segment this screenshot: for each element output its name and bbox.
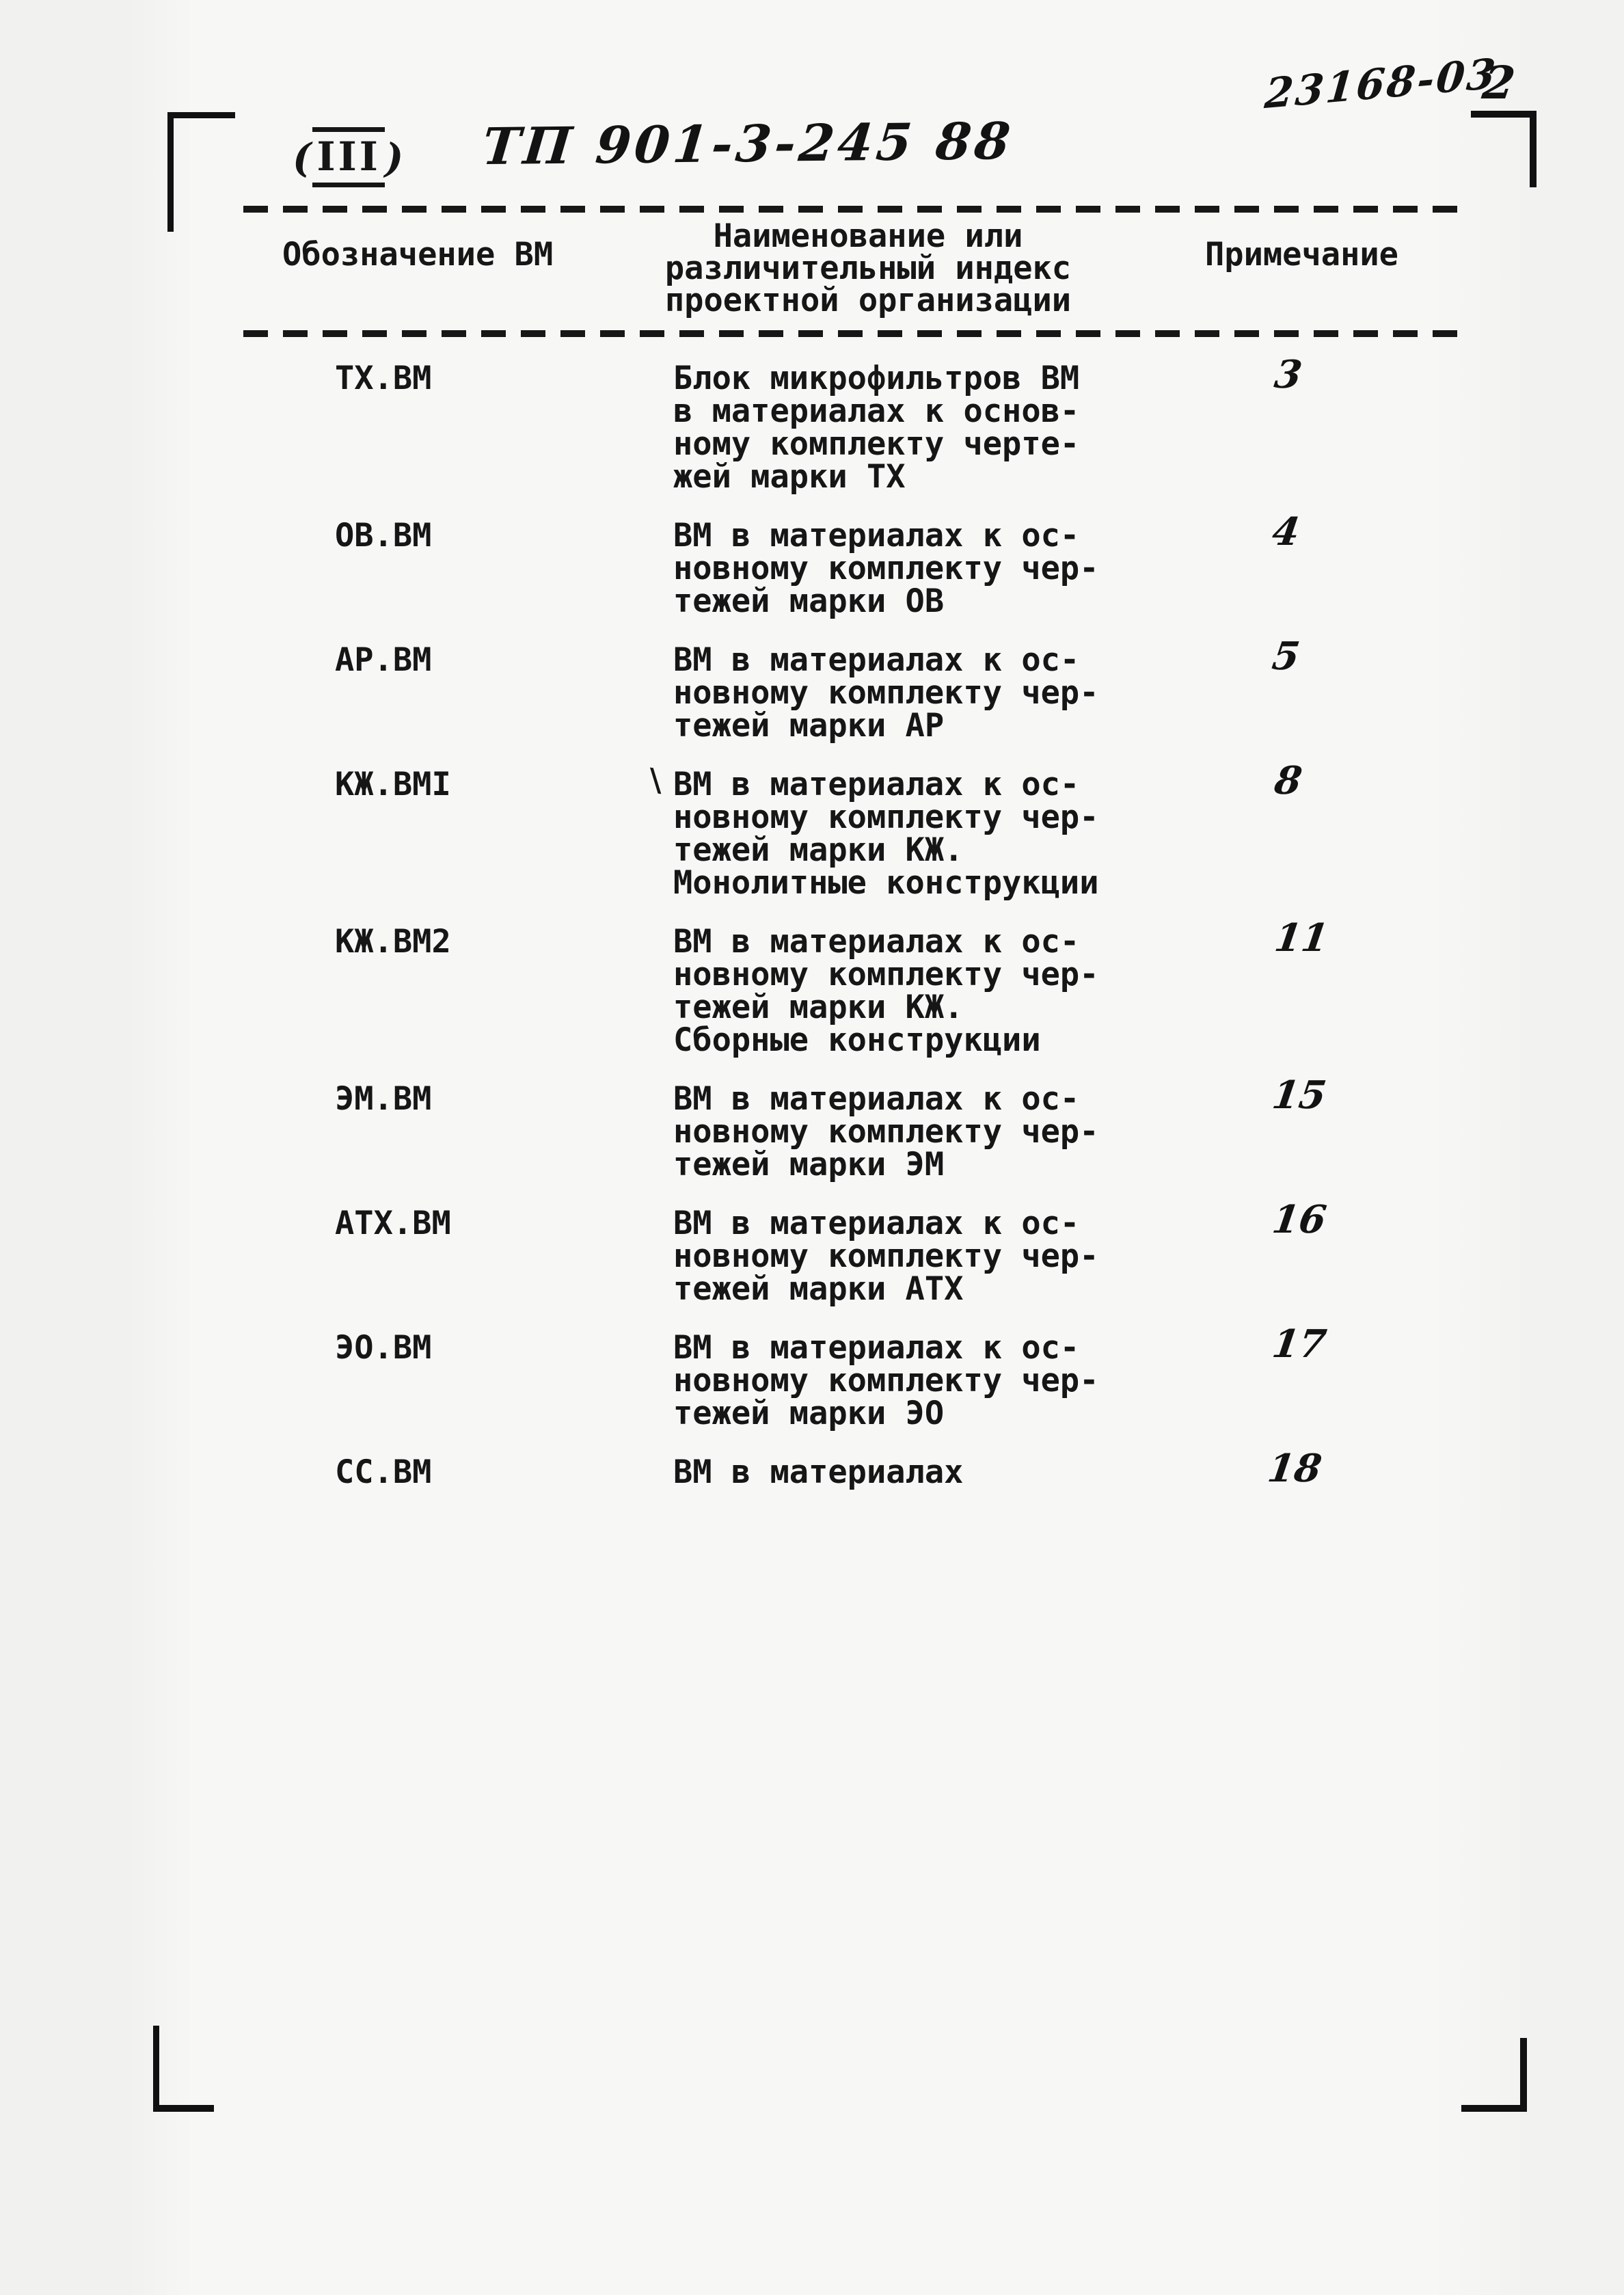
column-header-note: Примечание (1205, 239, 1398, 271)
document-number: ТП 901-3-245 88 (480, 112, 1016, 176)
description-line: тежей марки АТХ (673, 1273, 1268, 1306)
description-cell: ВМ в материалах к ос-новному комплекту ч… (673, 520, 1268, 618)
description-line: ВМ в материалах к ос- (673, 520, 1268, 552)
designation-cell: ОВ.ВМ (243, 520, 673, 618)
column-header-name: Наименование или различительный индекс п… (664, 220, 1072, 317)
column-header-designation: Обозначение ВМ (282, 239, 553, 271)
crop-mark-top-right (1471, 111, 1537, 187)
column-header-name-line: Наименование или (664, 220, 1072, 252)
table-row: АТХ.ВМ ВМ в материалах к ос-новному комп… (243, 1207, 1467, 1306)
sheet-marker-numeral: III (312, 127, 384, 187)
description-line: новному комплекту чер- (673, 1365, 1268, 1397)
description-cell: ВМ в материалах (673, 1456, 1268, 1489)
table-row: СС.ВМ ВМ в материалах 18 (243, 1456, 1467, 1489)
table-row: ОВ.ВМ ВМ в материалах к ос-новному компл… (243, 520, 1467, 618)
description-line: ВМ в материалах к ос- (673, 1207, 1268, 1240)
description-cell: ВМ в материалах к ос-новному комплекту ч… (673, 644, 1268, 742)
table-row: АР.ВМ ВМ в материалах к ос-новному компл… (243, 644, 1467, 742)
archive-number: 23168-03 (1263, 50, 1500, 119)
note-cell: 16 (1260, 1200, 1474, 1306)
description-line: жей марки ТХ (673, 461, 1268, 494)
description-line: ВМ в материалах к ос- (673, 926, 1268, 958)
table-row: ТХ.ВМ Блок микрофильтров ВМв материалах … (243, 362, 1467, 494)
description-line: ВМ в материалах (673, 1456, 1268, 1489)
description-line: новному комплекту чер- (673, 1240, 1268, 1273)
description-line: ВМ в материалах к ос- (673, 1332, 1268, 1365)
note-cell: 5 (1260, 637, 1474, 742)
designation-cell: АТХ.ВМ (243, 1207, 673, 1306)
sheet-marker: (III) (293, 129, 405, 189)
description-line: новному комплекту чер- (673, 677, 1268, 710)
crop-mark-top-left (167, 112, 235, 232)
page-number: 2 (1480, 56, 1519, 109)
description-cell: ВМ в материалах к ос-новному комплекту ч… (673, 1207, 1268, 1306)
note-cell: 3 (1258, 355, 1476, 494)
description-cell: Блок микрофильтров ВМв материалах к осно… (673, 362, 1268, 494)
sheet-marker-close: ) (385, 135, 405, 181)
note-cell: 18 (1265, 1449, 1470, 1489)
scanned-document-page: (III) ТП 901-3-245 88 23168-03 2 Обознач… (0, 0, 1624, 2295)
designation-cell: ТХ.ВМ (243, 362, 673, 494)
description-line: новному комплекту чер- (673, 958, 1268, 991)
description-line: тежей марки ОВ (673, 585, 1268, 618)
description-line: Монолитные конструкции (673, 867, 1268, 900)
note-cell: 15 (1260, 1076, 1474, 1181)
designation-cell: АР.ВМ (243, 644, 673, 742)
description-line: новному комплекту чер- (673, 1116, 1268, 1149)
description-line: ВМ в материалах к ос- (673, 1083, 1268, 1116)
description-line: новному комплекту чер- (673, 801, 1268, 834)
description-line: новному комплекту чер- (673, 552, 1268, 585)
description-line: ВМ в материалах к ос- (673, 768, 1268, 801)
description-cell: ВМ в материалах к ос-новному комплекту ч… (673, 768, 1268, 900)
note-cell: 17 (1260, 1325, 1474, 1430)
table-row: ЭМ.ВМ ВМ в материалах к ос-новному компл… (243, 1083, 1467, 1181)
column-header-name-line: различительный индекс (664, 252, 1072, 284)
table-row: КЖ.ВМ2 ВМ в материалах к ос-новному комп… (243, 926, 1467, 1057)
table-row: КЖ.ВМI ВМ в материалах к ос-новному комп… (243, 768, 1467, 900)
designation-cell: ЭО.ВМ (243, 1332, 673, 1430)
description-line: Сборные конструкции (673, 1024, 1268, 1057)
description-line: тежей марки ЭМ (673, 1149, 1268, 1181)
description-line: Блок микрофильтров ВМ (673, 362, 1268, 395)
designation-cell: СС.ВМ (243, 1456, 673, 1489)
table-row: ЭО.ВМ ВМ в материалах к ос-новному компл… (243, 1332, 1467, 1430)
designation-cell: КЖ.ВМ2 (243, 926, 673, 1057)
designation-cell: КЖ.ВМI (243, 768, 673, 900)
table-body: ТХ.ВМ Блок микрофильтров ВМв материалах … (243, 362, 1467, 1515)
sheet-marker-open: ( (293, 135, 312, 181)
description-line: тежей марки АР (673, 710, 1268, 742)
description-line: ному комплекту черте- (673, 428, 1268, 461)
note-cell: 11 (1258, 919, 1476, 1057)
description-cell: ВМ в материалах к ос-новному комплекту ч… (673, 1083, 1268, 1181)
description-line: тежей марки КЖ. (673, 991, 1268, 1024)
description-line: тежей марки КЖ. (673, 834, 1268, 867)
column-header-name-line: проектной организации (664, 284, 1072, 317)
crop-mark-bottom-left (153, 2026, 214, 2112)
description-line: ВМ в материалах к ос- (673, 644, 1268, 677)
note-cell: 8 (1258, 762, 1476, 900)
description-line: тежей марки ЭО (673, 1397, 1268, 1430)
table-header-rule (243, 330, 1457, 337)
designation-cell: ЭМ.ВМ (243, 1083, 673, 1181)
crop-mark-bottom-right (1461, 2038, 1527, 2112)
table-top-rule (243, 206, 1457, 213)
description-cell: ВМ в материалах к ос-новному комплекту ч… (673, 1332, 1268, 1430)
description-cell: ВМ в материалах к ос-новному комплекту ч… (673, 926, 1268, 1057)
note-cell: 4 (1260, 513, 1474, 618)
description-line: в материалах к основ- (673, 395, 1268, 428)
